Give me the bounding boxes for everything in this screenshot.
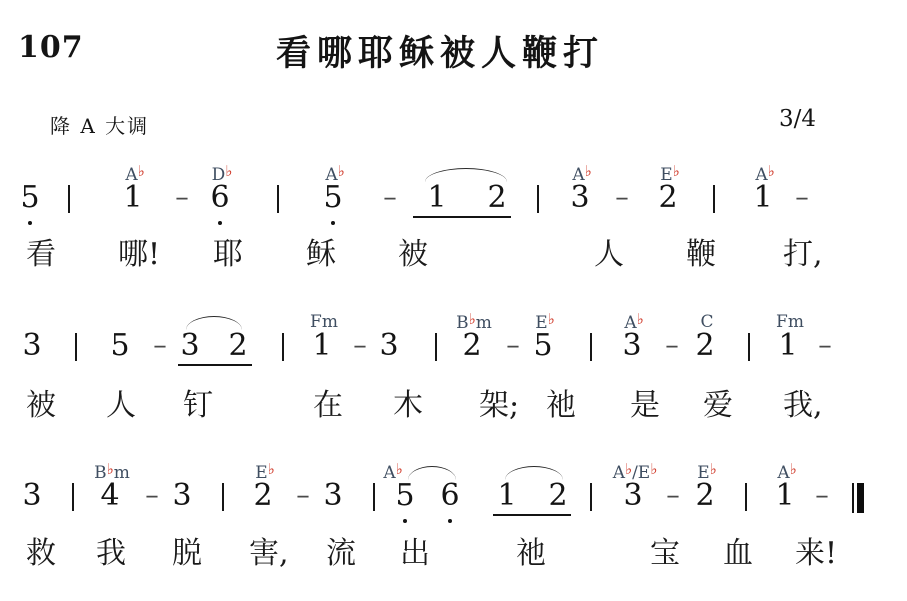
hymn-sheet: 107 看哪耶稣被人鞭打 降 A 大调 3/4 51A♭–6D♭5A♭–123A…: [0, 0, 907, 601]
lyric-char: 害,: [249, 537, 289, 571]
chord-label: A♭: [125, 166, 144, 184]
flat-sign: ♭: [585, 162, 592, 180]
note-digit: 5: [323, 183, 342, 213]
note-digit: 5: [533, 331, 552, 361]
lyric-char: 出: [400, 537, 430, 571]
flat-sign: ♭: [790, 460, 797, 478]
barline: [72, 483, 74, 511]
note-digit: 3: [22, 481, 41, 511]
chord-label: A♭/E♭: [613, 464, 658, 482]
final-barline-thin: [852, 483, 854, 513]
chord-label: C: [700, 314, 713, 331]
barline: [590, 483, 592, 511]
chord-letter: A: [777, 463, 789, 483]
lyric-char: 耶: [213, 238, 243, 272]
beam-underline: [493, 514, 571, 516]
chord-label: A♭: [755, 166, 774, 184]
duration-dash: –: [353, 331, 367, 361]
chord-letter: m: [476, 313, 492, 333]
duration-dash: –: [666, 481, 680, 511]
duration-dash: –: [175, 183, 189, 213]
lyric-char: 在: [313, 389, 343, 423]
chord-letter: A: [624, 313, 636, 333]
flat-sign: ♭: [469, 310, 476, 328]
flat-sign: ♭: [268, 460, 275, 478]
lyric-char: 看: [26, 238, 56, 272]
note-digit: 1: [427, 183, 446, 213]
flat-sign: ♭: [673, 162, 680, 180]
duration-dash: –: [815, 481, 829, 511]
chord-letter: m: [114, 463, 130, 483]
chord-letter: A: [572, 165, 584, 185]
note-digit: 1: [778, 331, 797, 361]
lyric-char: 我: [96, 537, 126, 571]
duration-dash: –: [383, 183, 397, 213]
note-digit: 3: [379, 331, 398, 361]
lyric-char: 来!: [795, 537, 837, 571]
note-digit: 2: [487, 183, 506, 213]
barline: [537, 185, 539, 213]
chord-label: Fm: [776, 314, 804, 331]
duration-dash: –: [153, 331, 167, 361]
lyric-char: 木: [393, 389, 423, 423]
barline: [748, 333, 750, 361]
chord-letter: F: [776, 312, 788, 332]
chord-letter: E: [255, 463, 267, 483]
note-digit: 1: [312, 331, 331, 361]
note-digit: 2: [658, 183, 677, 213]
lyric-char: 流: [326, 537, 356, 571]
chord-letter: m: [322, 312, 338, 332]
chord-letter: D: [212, 165, 226, 185]
octave-dot: [218, 221, 222, 225]
octave-dot: [403, 519, 407, 523]
barline: [75, 333, 77, 361]
chord-label: D♭: [212, 166, 233, 184]
lyric-char: 哪!: [118, 238, 160, 272]
chord-label: A♭: [624, 314, 643, 332]
note-digit: 3: [570, 183, 589, 213]
chord-letter: E: [535, 313, 547, 333]
duration-dash: –: [506, 331, 520, 361]
note-digit: 3: [622, 331, 641, 361]
note-digit: 2: [228, 331, 247, 361]
flat-sign: ♭: [768, 162, 775, 180]
duration-dash: –: [795, 183, 809, 213]
lyric-char: 血: [723, 537, 753, 571]
chord-letter: B: [94, 463, 107, 483]
lyric-char: 我,: [783, 389, 823, 423]
note-digit: 4: [100, 481, 119, 511]
barline: [590, 333, 592, 361]
barline: [745, 483, 747, 511]
duration-dash: –: [665, 331, 679, 361]
lyric-char: 人: [594, 238, 624, 272]
note-digit: 6: [210, 183, 229, 213]
barline: [222, 483, 224, 511]
chord-label: E♭: [660, 166, 680, 184]
note-digit: 1: [753, 183, 772, 213]
chord-label: E♭: [255, 464, 275, 482]
lyric-char: 是: [630, 389, 660, 423]
barline: [713, 185, 715, 213]
chord-label: E♭: [535, 314, 555, 332]
note-digit: 6: [440, 481, 459, 511]
chord-letter: E: [638, 463, 650, 483]
note-digit: 2: [462, 331, 481, 361]
note-digit: 3: [623, 481, 642, 511]
lyric-char: 稣: [306, 238, 336, 272]
note-digit: 3: [323, 481, 342, 511]
chord-label: Fm: [310, 314, 338, 331]
chord-letter: m: [788, 312, 804, 332]
lyric-char: 被: [398, 238, 428, 272]
chord-letter: A: [125, 165, 137, 185]
lyric-char: 祂: [516, 537, 546, 571]
lyric-char: 脱: [172, 537, 202, 571]
flat-sign: ♭: [548, 310, 555, 328]
chord-letter: A: [325, 165, 337, 185]
note-digit: 2: [695, 331, 714, 361]
beam-underline: [413, 216, 511, 218]
note-digit: 3: [172, 481, 191, 511]
chord-label: A♭: [572, 166, 591, 184]
duration-dash: –: [145, 481, 159, 511]
flat-sign: ♭: [338, 162, 345, 180]
chord-label: A♭: [325, 166, 344, 184]
duration-dash: –: [818, 331, 832, 361]
barline: [282, 333, 284, 361]
flat-sign: ♭: [650, 460, 657, 478]
chord-letter: E: [697, 463, 709, 483]
flat-sign: ♭: [107, 460, 114, 478]
chord-label: A♭: [777, 464, 796, 482]
lyric-char: 祂: [546, 389, 576, 423]
lyric-char: 架;: [479, 389, 519, 423]
flat-sign: ♭: [396, 460, 403, 478]
beam-underline: [178, 364, 252, 366]
note-digit: 5: [395, 481, 414, 511]
flat-sign: ♭: [138, 162, 145, 180]
octave-dot: [331, 221, 335, 225]
note-digit: 1: [775, 481, 794, 511]
barline: [68, 185, 70, 213]
lyric-char: 打,: [783, 238, 823, 272]
lyric-char: 钉: [183, 389, 213, 423]
duration-dash: –: [296, 481, 310, 511]
chord-label: B♭m: [456, 314, 492, 332]
chord-label: E♭: [697, 464, 717, 482]
note-digit: 2: [695, 481, 714, 511]
lyric-char: 人: [106, 389, 136, 423]
note-digit: 5: [20, 183, 39, 213]
flat-sign: ♭: [225, 162, 232, 180]
chord-letter: A: [755, 165, 767, 185]
chord-label: B♭m: [94, 464, 130, 482]
flat-sign: ♭: [710, 460, 717, 478]
chord-letter: A: [383, 463, 395, 483]
duration-dash: –: [615, 183, 629, 213]
note-digit: 1: [123, 183, 142, 213]
barline: [277, 185, 279, 213]
chord-letter: C: [700, 312, 713, 332]
note-digit: 3: [22, 331, 41, 361]
lyric-char: 鞭: [686, 238, 716, 272]
lyric-char: 宝: [650, 537, 680, 571]
lyric-char: 爱: [703, 389, 733, 423]
chord-letter: F: [310, 312, 322, 332]
score: 51A♭–6D♭5A♭–123A♭–2E♭1A♭–看哪!耶稣被人鞭打,35–32…: [0, 0, 907, 601]
chord-label: A♭: [383, 464, 402, 482]
barline: [373, 483, 375, 511]
lyric-char: 被: [26, 389, 56, 423]
final-barline-thick: [857, 483, 864, 513]
barline: [435, 333, 437, 361]
chord-letter: A: [613, 463, 625, 483]
octave-dot: [28, 221, 32, 225]
octave-dot: [448, 519, 452, 523]
lyric-char: 救: [26, 537, 56, 571]
note-digit: 5: [110, 331, 129, 361]
note-digit: 2: [253, 481, 272, 511]
note-digit: 2: [548, 481, 567, 511]
note-digit: 1: [497, 481, 516, 511]
flat-sign: ♭: [637, 310, 644, 328]
chord-letter: E: [660, 165, 672, 185]
chord-letter: B: [456, 313, 469, 333]
note-digit: 3: [180, 331, 199, 361]
